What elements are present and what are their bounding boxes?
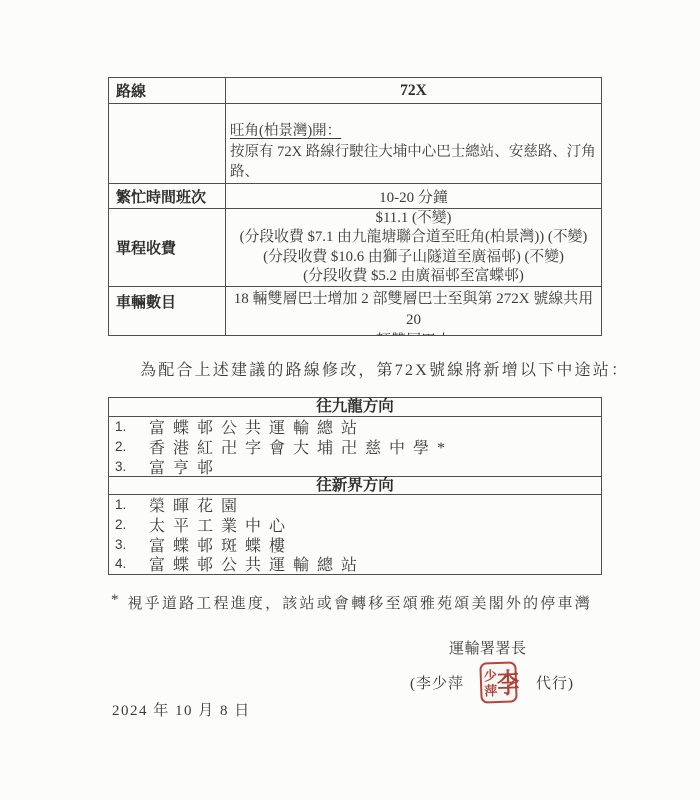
signature-title: 運輸署署長 <box>449 637 527 658</box>
stop-item: 2. 香港紅卍字會大埔卍慈中學* <box>109 437 601 457</box>
stop-number: 3. <box>115 459 149 474</box>
seal-char-right: 李 <box>496 658 520 705</box>
stop-number: 1. <box>115 419 149 434</box>
route-description-label <box>109 104 226 183</box>
fare-values: $11.1 (不變) (分段收費 $7.1 由九龍塘聯合道至旺角(柏景灣)) (… <box>226 209 601 286</box>
route-summary-table: 路線 72X 旺角(柏景灣)開： 按原有 72X 路線行駛往大埔中心巴士總站、安… <box>108 77 602 336</box>
route-origin-heading: 旺角(柏景灣)開： <box>230 121 599 142</box>
table-row-frequency: 繁忙時間班次 10-20 分鐘 <box>109 183 601 208</box>
stop-number: 3. <box>115 537 149 552</box>
document-date: 2024 年 10 月 8 日 <box>112 699 251 720</box>
frequency-value: 10-20 分鐘 <box>226 184 601 208</box>
kowloon-direction-header: 往九龍方向 <box>109 398 601 417</box>
fleet-label: 車輛數目 <box>109 287 226 335</box>
official-seal: 少 萍 李 <box>479 661 517 703</box>
stop-number: 4. <box>115 556 149 571</box>
stop-item: 2. 太平工業中心 <box>109 515 601 535</box>
stop-item: 3. 富蝶邨斑蝶樓 <box>109 534 601 554</box>
stop-item: 1. 榮暉花園 <box>109 495 601 515</box>
signature-name-pre: (李少萍 <box>410 672 464 693</box>
stop-name: 富蝶邨公共運輸總站 <box>149 552 365 575</box>
fleet-value: 18 輛雙層巴士增加 2 部雙層巴士至與第 272X 號線共用 20 輛雙層巴士 <box>226 287 601 335</box>
new-territories-direction-header: 往新界方向 <box>109 476 601 495</box>
stop-name: 富亨邨 <box>149 455 221 478</box>
stop-item: 3. 富亨邨 <box>109 456 601 476</box>
route-label: 路線 <box>109 78 226 103</box>
new-stops-table: 往九龍方向 1. 富蝶邨公共運輸總站 2. 香港紅卍字會大埔卍慈中學* 3. 富… <box>108 397 602 575</box>
footnote-asterisk: * <box>111 592 119 613</box>
document-page: 路線 72X 旺角(柏景灣)開： 按原有 72X 路線行駛往大埔中心巴士總站、安… <box>0 0 700 800</box>
stop-number: 2. <box>115 517 149 532</box>
table-row-fare: 單程收費 $11.1 (不變) (分段收費 $7.1 由九龍塘聯合道至旺角(柏景… <box>109 208 601 286</box>
seal-char-top: 少 <box>484 667 498 682</box>
footnote-text: 視乎道路工程進度，該站或會轉移至頌雅苑頌美閣外的停車灣 <box>128 592 592 613</box>
signature-name-post: 代行) <box>536 672 574 693</box>
route-number: 72X <box>226 78 601 103</box>
intro-paragraph: 為配合上述建議的路線修改，第72X號線將新增以下中途站： <box>140 357 640 380</box>
table-row-route-description: 旺角(柏景灣)開： 按原有 72X 路線行駛往大埔中心巴士總站、安慈路、汀角路、… <box>109 103 601 183</box>
seal-left-column: 少 萍 <box>481 664 497 702</box>
stop-item: 1. 富蝶邨公共運輸總站 <box>109 417 601 437</box>
fare-label: 單程收費 <box>109 209 226 286</box>
footnote: * 視乎道路工程進度，該站或會轉移至頌雅苑頌美閣外的停車灣 <box>111 592 631 613</box>
stop-number: 1. <box>115 497 149 512</box>
route-description-text: 按原有 72X 路線行駛往大埔中心巴士總站、安慈路、汀角路、 頌雅路、全安路及彩… <box>230 142 599 184</box>
route-description-cell: 旺角(柏景灣)開： 按原有 72X 路線行駛往大埔中心巴士總站、安慈路、汀角路、… <box>226 104 601 183</box>
table-row-route: 路線 72X <box>109 78 601 103</box>
table-row-fleet: 車輛數目 18 輛雙層巴士增加 2 部雙層巴士至與第 272X 號線共用 20 … <box>109 286 601 335</box>
seal-char-bottom: 萍 <box>484 682 498 697</box>
stop-number: 2. <box>115 439 149 454</box>
signature-line: (李少萍 少 萍 李 代行) <box>410 658 574 706</box>
stop-item: 4. 富蝶邨公共運輸總站 <box>109 554 601 574</box>
frequency-label: 繁忙時間班次 <box>109 184 226 208</box>
